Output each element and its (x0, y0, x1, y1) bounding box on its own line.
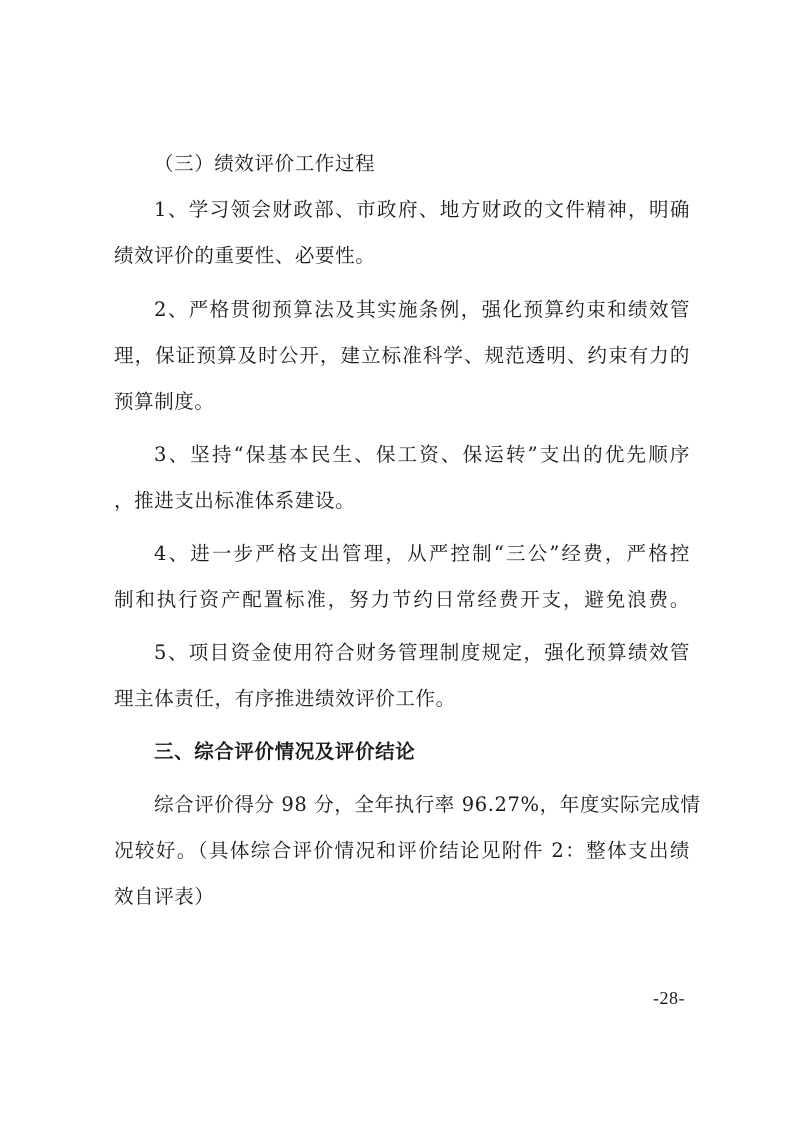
paragraph-line: 1、学习领会财政部、市政府、地方财政的文件精神，明确 (154, 196, 690, 224)
paragraph-line: 预算制度。 (114, 388, 215, 416)
section-heading: 三、综合评价情况及评价结论 (154, 738, 415, 766)
paragraph-line: 综合评价得分 98 分，全年执行率 96.27%，年度实际完成情 (154, 791, 690, 819)
paragraph-line: 绩效评价的重要性、必要性。 (114, 242, 375, 270)
paragraph-line: 况较好。（具体综合评价情况和评价结论见附件 2：整体支出绩 (114, 837, 690, 865)
paragraph-line: 2、严格贯彻预算法及其实施条例，强化预算约束和绩效管 (154, 296, 690, 324)
paragraph-line: 3、坚持“保基本民生、保工资、保运转”支出的优先顺序 (154, 441, 690, 469)
paragraph-line: ，推进支出标准体系建设。 (114, 487, 355, 515)
paragraph-line: 理主体责任，有序推进绩效评价工作。 (114, 685, 456, 713)
paragraph-line: 5、项目资金使用符合财务管理制度规定，强化预算绩效管 (154, 639, 690, 667)
paragraph-line: 理，保证预算及时公开，建立标准科学、规范透明、约束有力的 (114, 342, 690, 370)
subsection-title: （三）绩效评价工作过程 (154, 150, 375, 178)
paragraph-line: 效自评表） (114, 883, 215, 911)
paragraph-line: 4、进一步严格支出管理，从严控制“三公”经费，严格控 (154, 540, 690, 568)
paragraph-line: 制和执行资产配置标准，努力节约日常经费开支，避免浪费。 (114, 586, 690, 614)
page-number: -28- (653, 988, 685, 1009)
